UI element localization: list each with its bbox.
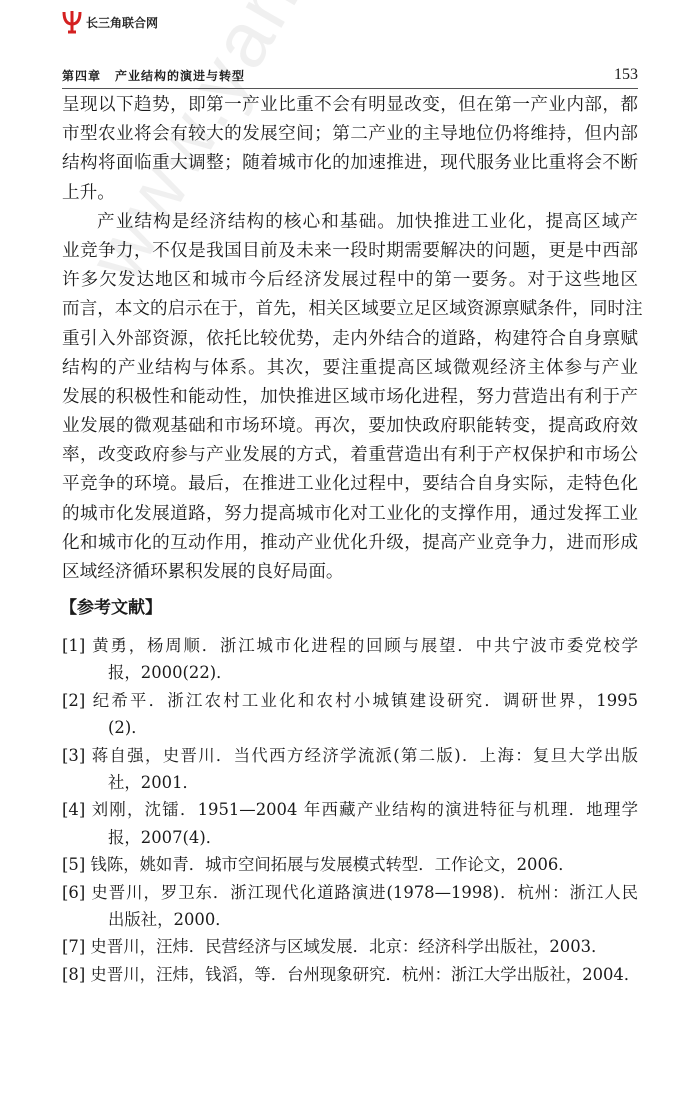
reference-item: [4] 刘刚，沈镭．1951—2004 年西藏产业结构的演进特征与机理．地理学 … xyxy=(62,796,638,851)
page-number: 153 xyxy=(614,66,638,84)
text-line: 产业结构是经济结构的核心和基础。加快推进工业化，提高区域产 xyxy=(62,208,638,237)
text-line: 发展的积极性和能动性，加快推进区域市场化进程，努力营造出有利于产 xyxy=(62,383,638,412)
reference-line: [1] 黄勇，杨周顺．浙江城市化进程的回顾与展望．中共宁波市委党校学 xyxy=(62,632,638,659)
text-line: 重引入外部资源，依托比较优势，走内外结合的道路，构建符合自身禀赋 xyxy=(62,325,638,354)
reference-line: [8] 史晋川，汪炜，钱滔，等．台州现象研究．杭州：浙江大学出版社，2004． xyxy=(62,961,638,988)
reference-item: [2] 纪希平．浙江农村工业化和农村小城镇建设研究．调研世界，1995 (2)． xyxy=(62,687,638,742)
text-line: 结构将面临重大调整；随着城市化的加速推进，现代服务业比重将会不断 xyxy=(62,149,638,178)
chapter-heading: 第四章产业结构的演进与转型 xyxy=(62,67,245,84)
body-text: 呈现以下趋势，即第一产业比重不会有明显改变，但在第一产业内部，都 市型农业将会有… xyxy=(62,91,638,587)
reference-item: [8] 史晋川，汪炜，钱滔，等．台州现象研究．杭州：浙江大学出版社，2004． xyxy=(62,961,638,988)
reference-item: [5] 钱陈，姚如青．城市空间拓展与发展模式转型．工作论文，2006． xyxy=(62,851,638,878)
reference-line: [5] 钱陈，姚如青．城市空间拓展与发展模式转型．工作论文，2006． xyxy=(62,851,638,878)
reference-list: [1] 黄勇，杨周顺．浙江城市化进程的回顾与展望．中共宁波市委党校学 报，200… xyxy=(62,632,638,988)
psi-logo-icon xyxy=(62,10,82,34)
reference-line: 社，2001． xyxy=(62,769,638,796)
reference-line: [3] 蒋自强，史晋川．当代西方经济学流派(第二版)．上海：复旦大学出版 xyxy=(62,742,638,769)
text-line: 呈现以下趋势，即第一产业比重不会有明显改变，但在第一产业内部，都 xyxy=(62,91,638,120)
reference-item: [6] 史晋川，罗卫东．浙江现代化道路演进(1978—1998)．杭州：浙江人民… xyxy=(62,879,638,934)
text-line: 的城市化发展道路，努力提高城市化对工业化的支撑作用，通过发挥工业 xyxy=(62,500,638,529)
running-header: 第四章产业结构的演进与转型 153 xyxy=(62,60,638,89)
reference-item: [3] 蒋自强，史晋川．当代西方经济学流派(第二版)．上海：复旦大学出版 社，2… xyxy=(62,742,638,797)
reference-item: [7] 史晋川，汪炜．民营经济与区域发展．北京：经济科学出版社，2003． xyxy=(62,933,638,960)
text-line: 市型农业将会有较大的发展空间；第二产业的主导地位仍将维持，但内部 xyxy=(62,120,638,149)
text-line: 结构的产业结构与体系。其次，要注重提高区域微观经济主体参与产业 xyxy=(62,354,638,383)
text-line: 业竞争力，不仅是我国目前及未来一段时期需要解决的问题，更是中西部 xyxy=(62,237,638,266)
reference-line: (2)． xyxy=(62,714,638,741)
text-line: 业发展的微观基础和市场环境。再次，要加快政府职能转变，提高政府效 xyxy=(62,412,638,441)
reference-line: 报，2000(22)． xyxy=(62,659,638,686)
text-line: 区域经济循环累积发展的良好局面。 xyxy=(62,558,638,587)
reference-item: [1] 黄勇，杨周顺．浙江城市化进程的回顾与展望．中共宁波市委党校学 报，200… xyxy=(62,632,638,687)
text-line: 上升。 xyxy=(62,179,638,208)
reference-line: [6] 史晋川，罗卫东．浙江现代化道路演进(1978—1998)．杭州：浙江人民 xyxy=(62,879,638,906)
text-line: 而言，本文的启示在于，首先，相关区域要立足区域资源禀赋条件，同时注 xyxy=(62,295,638,324)
reference-line: 出版社，2000． xyxy=(62,906,638,933)
reference-line: [7] 史晋川，汪炜．民营经济与区域发展．北京：经济科学出版社，2003． xyxy=(62,933,638,960)
chapter-title: 产业结构的演进与转型 xyxy=(115,69,245,83)
site-name: 长三角联合网 xyxy=(86,14,158,31)
chapter-number: 第四章 xyxy=(62,69,101,83)
paragraph: 产业结构是经济结构的核心和基础。加快推进工业化，提高区域产 业竞争力，不仅是我国… xyxy=(62,208,638,587)
references-heading: 【参考文献】 xyxy=(60,593,162,618)
text-line: 率，改变政府参与产业发展的方式，着重营造出有利于产权保护和市场公 xyxy=(62,441,638,470)
site-logo: 长三角联合网 xyxy=(62,10,158,34)
reference-line: 报，2007(4)． xyxy=(62,824,638,851)
paragraph: 呈现以下趋势，即第一产业比重不会有明显改变，但在第一产业内部，都 市型农业将会有… xyxy=(62,91,638,208)
text-line: 平竞争的环境。最后，在推进工业化过程中，要结合自身实际，走特色化 xyxy=(62,470,638,499)
text-line: 化和城市化的互动作用，推动产业优化升级，提高产业竞争力，进而形成 xyxy=(62,529,638,558)
reference-line: [2] 纪希平．浙江农村工业化和农村小城镇建设研究．调研世界，1995 xyxy=(62,687,638,714)
reference-line: [4] 刘刚，沈镭．1951—2004 年西藏产业结构的演进特征与机理．地理学 xyxy=(62,796,638,823)
text-line: 许多欠发达地区和城市今后经济发展过程中的第一要务。对于这些地区 xyxy=(62,266,638,295)
